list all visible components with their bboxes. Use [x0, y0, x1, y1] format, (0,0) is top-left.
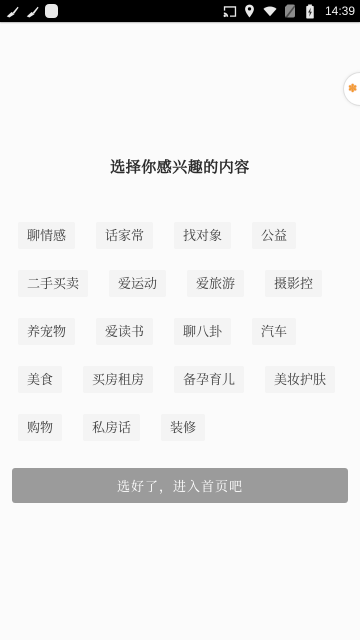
interest-chip[interactable]: 话家常 — [96, 222, 153, 249]
cast-icon — [223, 4, 237, 19]
interest-chip[interactable]: 公益 — [252, 222, 296, 249]
interest-chip[interactable]: 养宠物 — [18, 318, 75, 345]
interest-chip-list: 聊情感话家常找对象公益二手买卖爱运动爱旅游摄影控养宠物爱读书聊八卦汽车美食买房租… — [18, 222, 350, 441]
interest-chip[interactable]: 爱读书 — [96, 318, 153, 345]
battery-charging-icon — [303, 4, 317, 19]
status-bar-left — [5, 4, 58, 19]
interest-chip[interactable]: 美妆护肤 — [265, 366, 335, 393]
interest-chip[interactable]: 私房话 — [83, 414, 140, 441]
page-title: 选择你感兴趣的内容 — [0, 156, 360, 177]
interest-chip[interactable]: 爱旅游 — [187, 270, 244, 297]
interest-chip[interactable]: 买房租房 — [83, 366, 153, 393]
interest-chip[interactable]: 找对象 — [174, 222, 231, 249]
interest-chip[interactable]: 聊八卦 — [174, 318, 231, 345]
interest-chip[interactable]: 摄影控 — [265, 270, 322, 297]
flower-icon: ✽ — [348, 84, 357, 95]
interest-chip[interactable]: 美食 — [18, 366, 62, 393]
interest-chip[interactable]: 汽车 — [252, 318, 296, 345]
status-bar-right: 14:39 — [223, 0, 355, 22]
interest-chip[interactable]: 聊情感 — [18, 222, 75, 249]
interest-chip[interactable]: 二手买卖 — [18, 270, 88, 297]
interest-chip[interactable]: 备孕育儿 — [174, 366, 244, 393]
floating-assistive-ball[interactable]: ✽ — [343, 72, 360, 106]
app-notification-icon — [45, 4, 58, 18]
broom-notification-icon — [25, 4, 39, 19]
location-icon — [243, 4, 257, 19]
interest-chip[interactable]: 装修 — [161, 414, 205, 441]
status-bar: 14:39 — [0, 0, 360, 22]
wifi-icon — [263, 4, 277, 19]
no-sim-icon — [283, 4, 297, 19]
broom-notification-icon — [5, 4, 19, 19]
interest-chip[interactable]: 购物 — [18, 414, 62, 441]
submit-button[interactable]: 选好了，进入首页吧 — [12, 468, 348, 503]
status-time: 14:39 — [325, 0, 355, 22]
interest-chip[interactable]: 爱运动 — [109, 270, 166, 297]
